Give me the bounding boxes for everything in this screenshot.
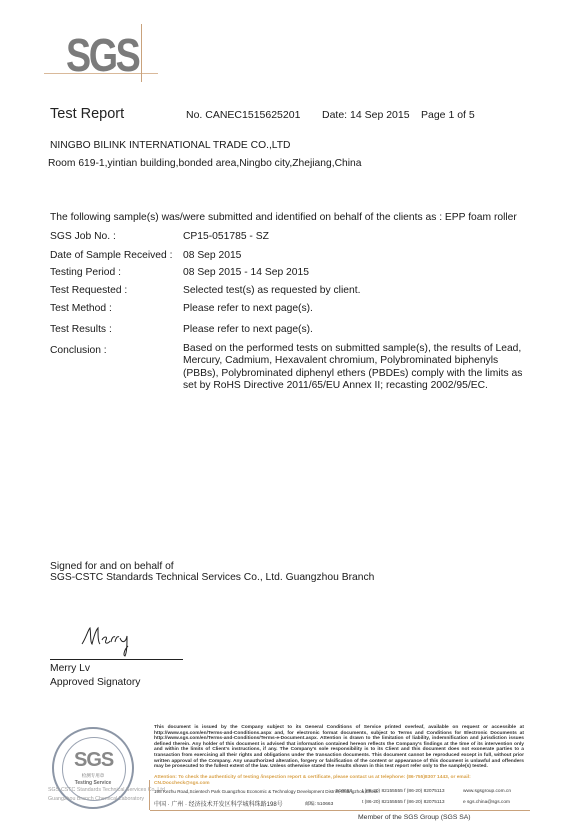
footer-postal-cn: 邮编: 510663 — [305, 800, 333, 807]
field-label-test-requested: Test Requested : — [50, 285, 127, 296]
stamp-logo: SGS — [74, 749, 113, 772]
signature-line — [50, 659, 183, 660]
legal-disclaimer: This document is issued by the Company s… — [154, 725, 524, 770]
footer-divider-horizontal — [150, 810, 530, 811]
field-label-testing-period: Testing Period : — [50, 267, 121, 278]
signing-company: SGS-CSTC Standards Technical Services Co… — [50, 572, 374, 583]
footer-email-link[interactable]: e sgs.china@sgs.com — [463, 800, 510, 805]
field-value-conclusion: Based on the performed tests on submitte… — [183, 343, 533, 392]
sgs-group-membership: Member of the SGS Group (SGS SA) — [358, 814, 471, 821]
footer-phone-en: t (86-20) 82155555 f (86-20) 82075113 — [362, 789, 445, 794]
field-value-test-method: Please refer to next page(s). — [183, 303, 313, 314]
client-address: Room 619-1,yintian building,bonded area,… — [48, 158, 362, 169]
field-label-date-received: Date of Sample Received : — [50, 250, 172, 261]
authenticity-notice: Attention: To check the authenticity of … — [154, 775, 524, 786]
sample-intro: The following sample(s) was/were submitt… — [50, 212, 517, 223]
field-value-testing-period: 08 Sep 2015 - 14 Sep 2015 — [183, 267, 309, 278]
footer-phone-cn: t (86-20) 82155555 f (86-20) 82075113 — [362, 800, 445, 805]
stamp-en-label: Testing Service — [54, 780, 132, 786]
field-label-test-method: Test Method : — [50, 303, 112, 314]
footer-divider-vertical — [149, 780, 150, 810]
report-number: No. CANEC1515625201 — [186, 109, 300, 121]
stamp-lab-line: Guangzhou Branch Chemical Laboratory — [48, 796, 144, 802]
sgs-logo: SGS — [50, 22, 160, 82]
field-value-test-results: Please refer to next page(s). — [183, 324, 313, 335]
field-value-date-received: 08 Sep 2015 — [183, 250, 241, 261]
page-indicator: Page 1 of 5 — [421, 109, 475, 121]
footer-postal-en: 510663 — [336, 789, 352, 794]
handwritten-signature-icon — [80, 622, 140, 658]
field-value-job-no: CP15-051785 - SZ — [183, 231, 269, 242]
stamp-cn-label: 检测专用章 — [54, 773, 132, 779]
stamp-company-line: SGS-CSTC Standards Technical Services Co… — [48, 787, 165, 793]
field-label-test-results: Test Results : — [50, 324, 112, 335]
signed-on-behalf-label: Signed for and on behalf of — [50, 561, 174, 572]
footer-website-link[interactable]: www.sgsgroup.com.cn — [463, 789, 511, 794]
field-label-job-no: SGS Job No. : — [50, 231, 116, 242]
footer-address-cn: 中国 · 广州 · 经济技术开发区科学城科珠路198号 — [154, 799, 283, 808]
client-name: NINGBO BILINK INTERNATIONAL TRADE CO.,LT… — [50, 140, 291, 151]
signer-title: Approved Signatory — [50, 677, 140, 688]
field-label-conclusion: Conclusion : — [50, 345, 107, 356]
report-title: Test Report — [50, 106, 124, 122]
logo-divider-vertical — [141, 24, 142, 82]
report-date: Date: 14 Sep 2015 — [322, 109, 410, 121]
field-value-test-requested: Selected test(s) as requested by client. — [183, 285, 360, 296]
signer-name: Merry Lv — [50, 663, 90, 674]
